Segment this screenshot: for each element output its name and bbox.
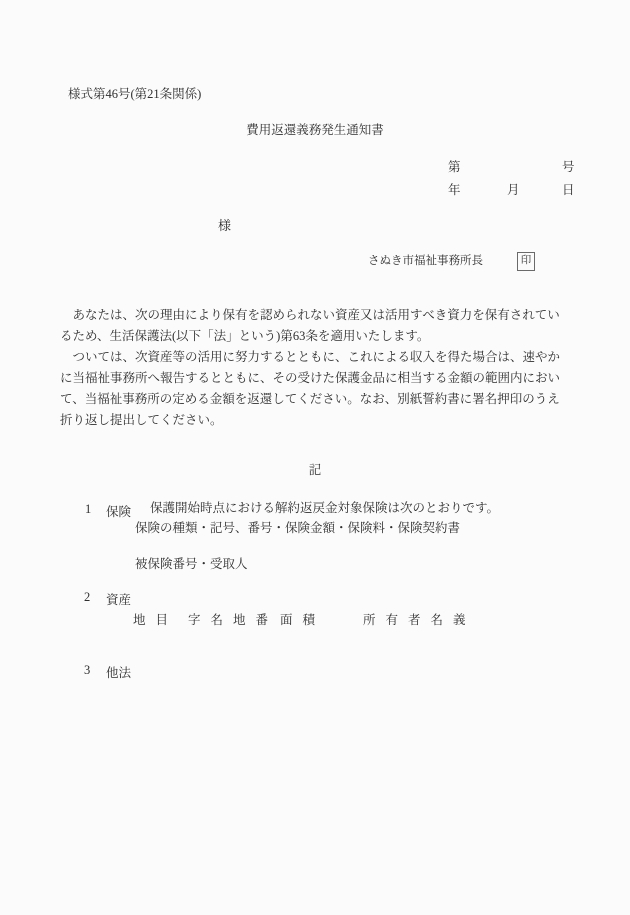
date-day-label: 日: [562, 184, 575, 197]
asset-column-owner-name: 所有者名義: [363, 610, 476, 628]
document-page: { "page": { "background_color": "#fbfbfb…: [0, 0, 630, 915]
document-title: 費用返還義務発生通知書: [0, 120, 630, 138]
body-line: に当福祉事務所へ報告するとともに、その受けた保護金品に相当する金額の範囲内におい: [60, 368, 580, 389]
asset-column-lot-number: 字名地番: [188, 610, 278, 628]
body-line: ついては、次資産等の活用に努力するとともに、これによる収入を得た場合は、速やか: [60, 347, 580, 368]
body-line: 折り返し提出してください。: [60, 410, 580, 431]
item-3-label: 他法: [106, 663, 131, 681]
doc-number-prefix: 第: [448, 161, 461, 174]
body-paragraphs: あなたは、次の理由により保有を認められない資産又は活用すべき資力を保有されてい …: [60, 305, 580, 431]
body-line: あなたは、次の理由により保有を認められない資産又は活用すべき資力を保有されてい: [60, 305, 580, 326]
item-1-number: 1: [85, 502, 91, 517]
item-1-subline: 被保険番号・受取人: [135, 558, 248, 571]
addressee-honorific: 様: [218, 219, 231, 232]
body-line: て、当福祉事務所の定める金額を返還してください。なお、別紙誓約書に署名押印のうえ: [60, 389, 580, 410]
body-line: るため、生活保護法(以下「法」という)第63条を適用いたします。: [60, 326, 580, 347]
item-1-description: 保護開始時点における解約返戻金対象保険は次のとおりです。: [150, 502, 499, 515]
details-heading: 記: [0, 460, 630, 478]
item-2-label: 資産: [106, 590, 131, 608]
item-1-label: 保険: [106, 502, 131, 520]
doc-number-suffix: 号: [562, 161, 575, 174]
seal-stamp-box: 印: [517, 252, 535, 271]
item-2-number: 2: [84, 590, 90, 605]
issuer-title: さぬき市福祉事務所長: [368, 256, 483, 268]
asset-column-area: 面積: [280, 610, 325, 628]
form-number: 様式第46号(第21条関係): [68, 88, 201, 101]
seal-label: 印: [521, 256, 532, 267]
item-1-subline: 保険の種類・記号、番号・保険金額・保険料・保険契約書: [135, 522, 460, 535]
date-year-label: 年: [448, 184, 461, 197]
item-3-number: 3: [84, 663, 90, 678]
asset-column-land-category: 地目: [133, 610, 178, 628]
date-month-label: 月: [507, 184, 520, 197]
